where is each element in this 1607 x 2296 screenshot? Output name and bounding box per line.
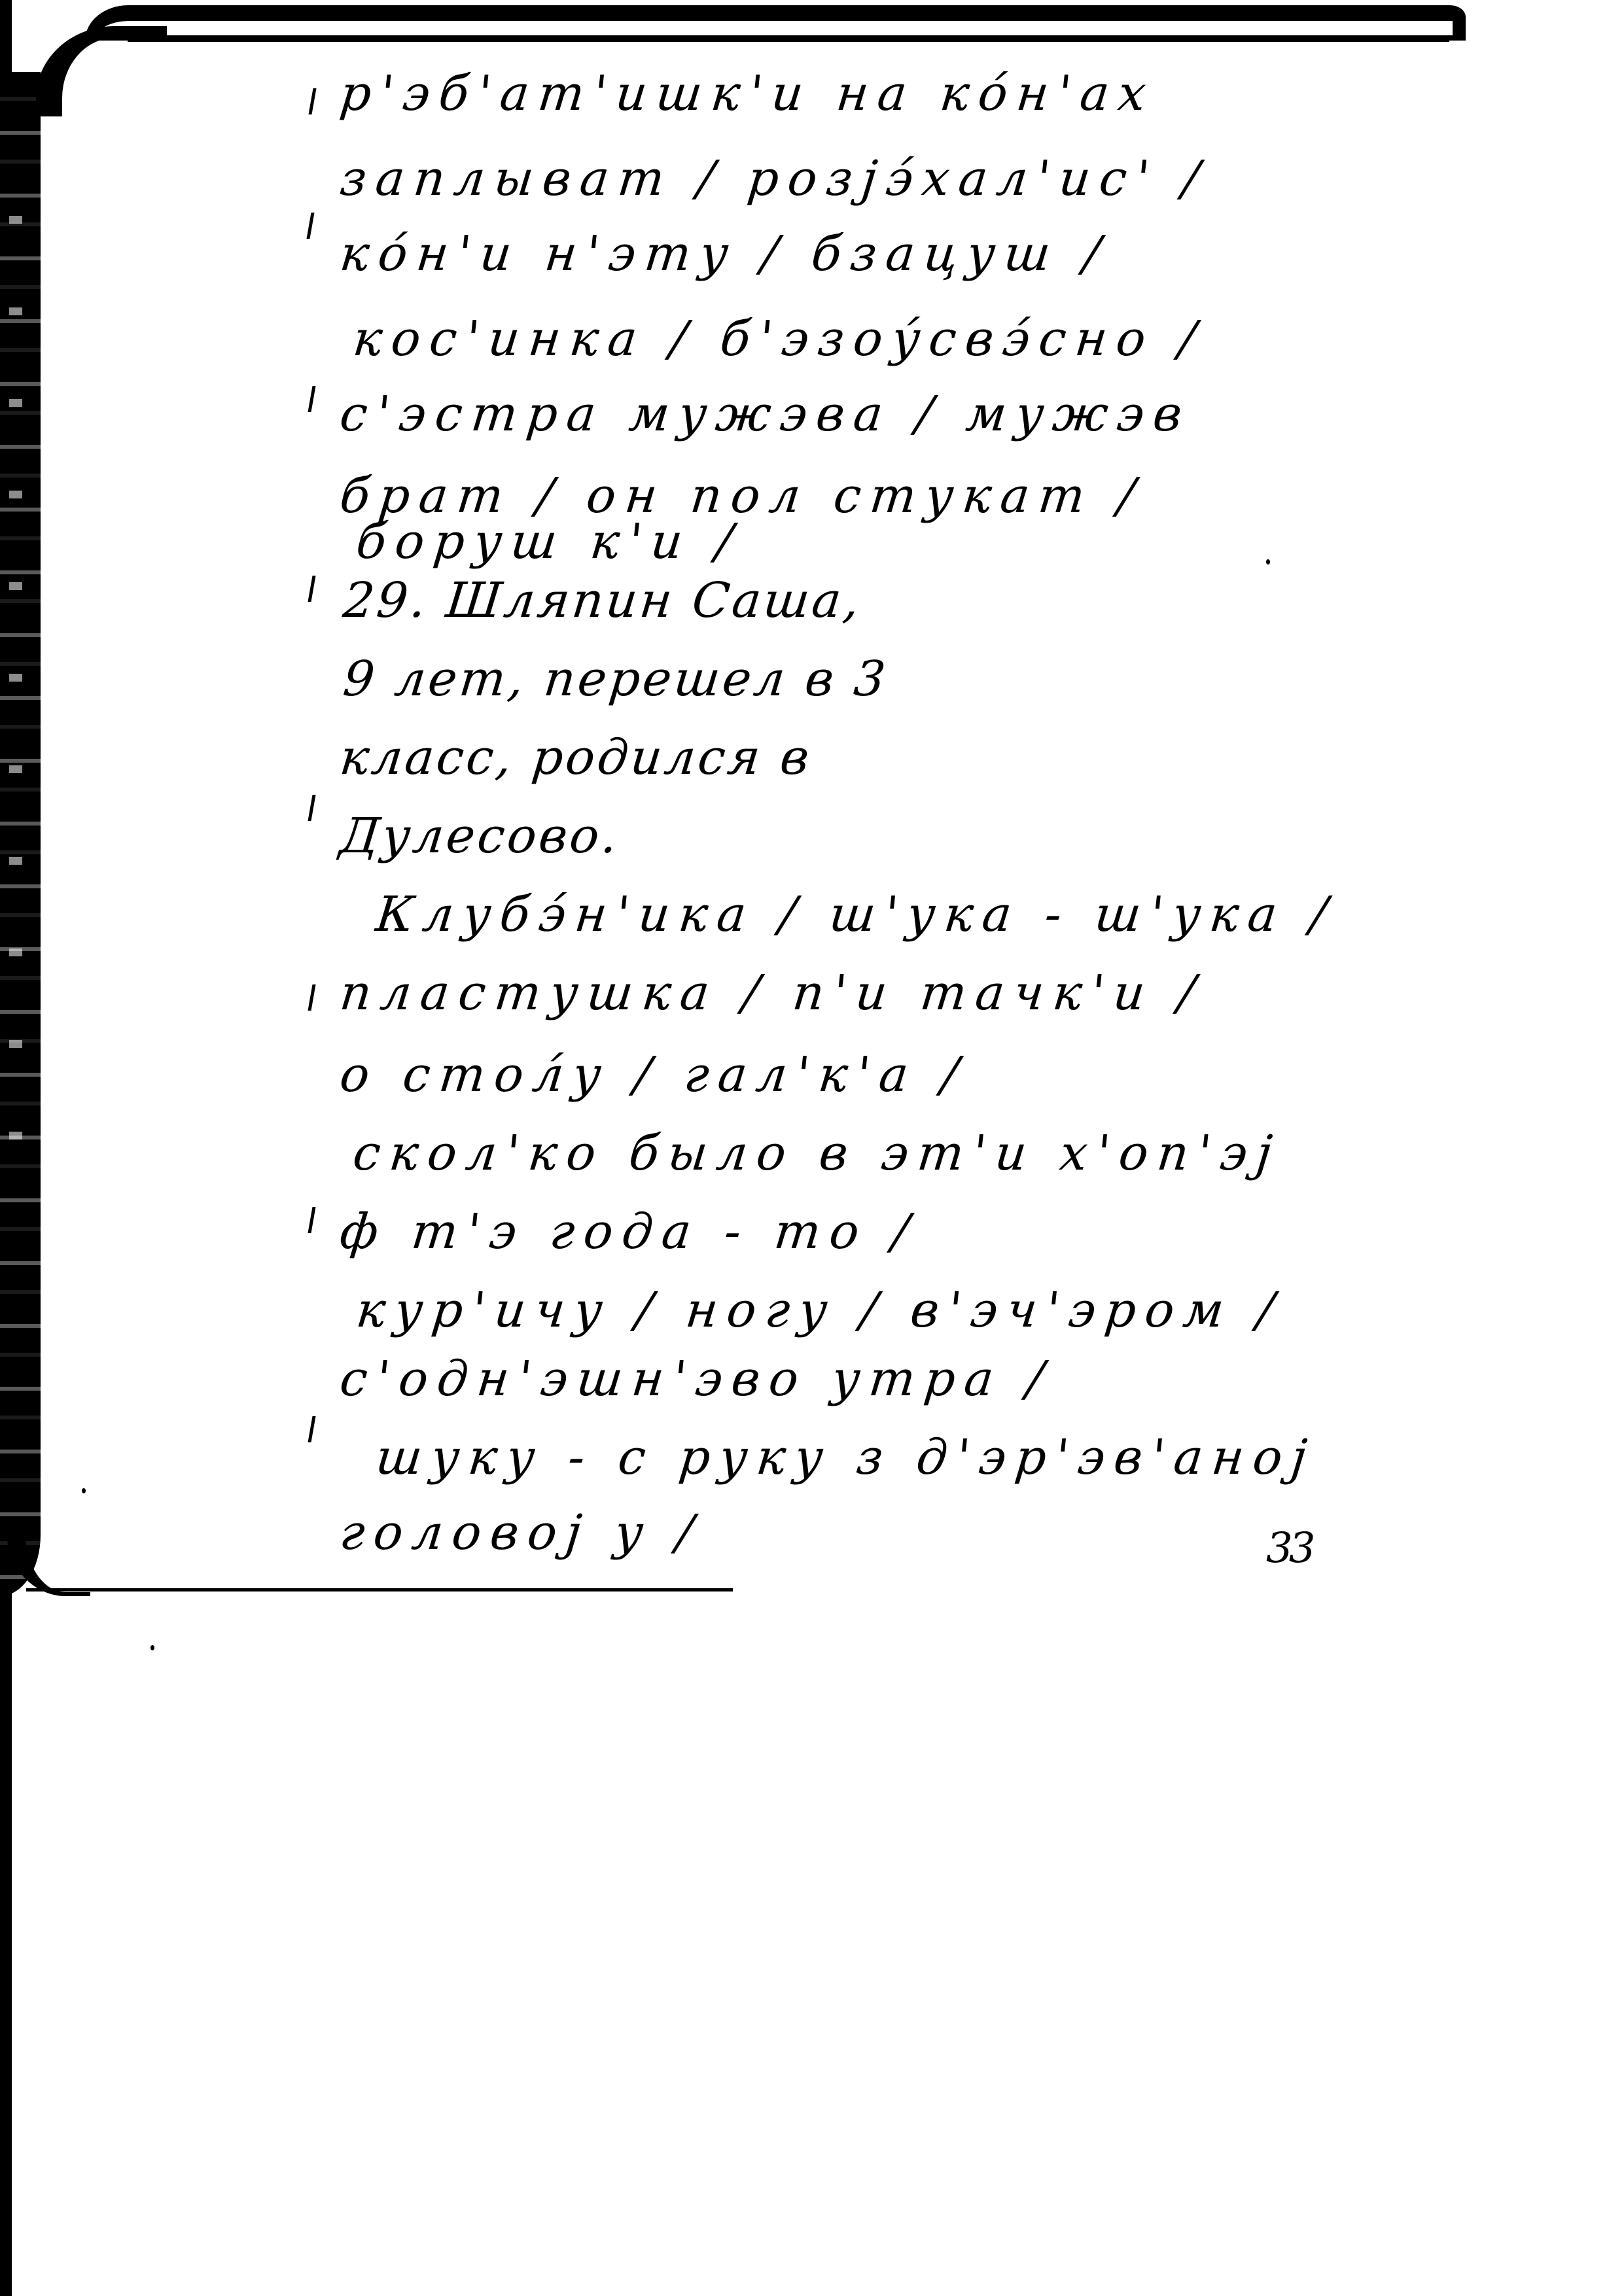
- margin-tick: [308, 1416, 315, 1442]
- text-line: 29. Шляпин Саша,: [340, 572, 864, 629]
- page-number: 33: [1266, 1524, 1311, 1573]
- scan-speck: [150, 1645, 154, 1650]
- text-line: 9 лет, перешел в 3: [340, 651, 891, 707]
- text-line: Клубэ́н'ика / ш'ука - ш'ука /: [373, 886, 1339, 943]
- scan-speck: [1266, 559, 1270, 565]
- text-line: заплыват / розјэ́хал'ис' /: [337, 150, 1211, 207]
- text-line: Дулесово.: [337, 808, 622, 864]
- margin-tick: [306, 213, 314, 239]
- text-line: боруш к'и /: [353, 513, 744, 570]
- text-line: класс, родился в: [337, 729, 814, 786]
- handwritten-page: р'эб'ат'ишк'и на ко́н'ах заплыват / розј…: [0, 0, 1607, 2296]
- text-line: скол'ко было в эт'и х'оп'эј: [350, 1125, 1283, 1181]
- text-line: пластушка / п'и тачк'и /: [337, 965, 1207, 1021]
- text-line: о стол́у / гал'к'а /: [337, 1047, 970, 1103]
- text-line: головоj у /: [337, 1505, 705, 1561]
- text-line: ко́н'и н'эту / бзацуш /: [337, 226, 1112, 282]
- margin-tick: [308, 1207, 315, 1233]
- text-line: с'эстра мужэва / мужэв: [337, 386, 1193, 442]
- text-line: кур'ичу / ногу / в'эч'эром /: [353, 1282, 1285, 1338]
- margin-tick: [308, 984, 315, 1011]
- text-line: с'одн'эшн'эво утра /: [337, 1351, 1055, 1407]
- scan-speck: [82, 1488, 86, 1493]
- text-line: ф т'э года - то /: [337, 1204, 921, 1260]
- margin-tick: [308, 576, 315, 602]
- text-line: кос'инка / б'эзоу́свэ́сно /: [350, 311, 1207, 367]
- text-line: шуку - с руку з д'эр'эв'аноj: [373, 1429, 1318, 1486]
- text-line: р'эб'ат'ишк'и на ко́н'ах: [337, 65, 1157, 122]
- margin-tick: [308, 88, 316, 114]
- margin-tick: [308, 795, 315, 821]
- margin-tick: [308, 386, 315, 412]
